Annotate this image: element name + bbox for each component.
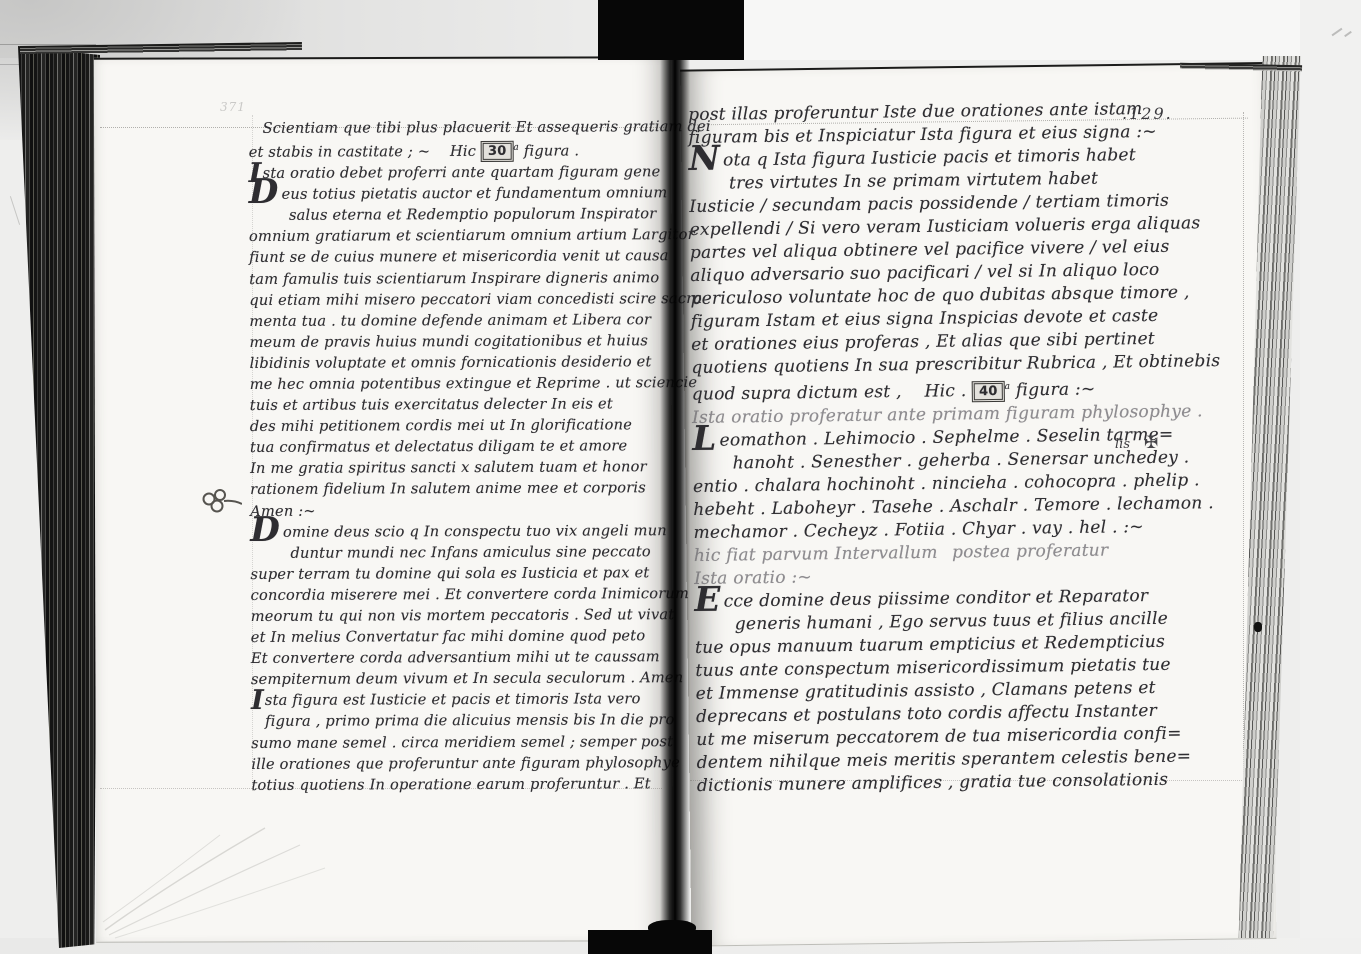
line-text: omnium gratiarum et scientiarum omnium a… xyxy=(249,226,695,245)
line-text: fiunt se de cuius munere et misericordia… xyxy=(249,248,669,267)
manuscript-line: Ista oratio debet proferri ante quartam … xyxy=(249,161,685,184)
manuscript-line: menta tua . tu domine defende animam et … xyxy=(249,309,685,332)
manuscript-line: rationem fidelium In salutem anime mee e… xyxy=(250,478,686,501)
line-text: et Immense gratitudinis assisto , Claman… xyxy=(696,678,1156,704)
line-text: quod supra dictum est , Hic . xyxy=(692,381,973,405)
manuscript-line: duntur mundi nec Infans amiculus sine pe… xyxy=(290,541,686,564)
line-text: meum de pravis huius mundi cogitationibu… xyxy=(249,332,648,351)
line-text: Ista oratio proferatur ante primam figur… xyxy=(692,401,1203,428)
left-page-text: Scientiam que tibi plus placuerit Et ass… xyxy=(249,116,688,796)
manuscript-line: concordia miserere mei . Et convertere c… xyxy=(251,583,687,606)
line-text: libidinis voluptate et omnis fornication… xyxy=(250,353,652,372)
manuscript-line: omnium gratiarum et scientiarum omnium a… xyxy=(249,224,685,247)
drop-cap: D xyxy=(250,524,280,534)
page-crease-lines xyxy=(95,790,355,940)
line-text: Ista oratio :~ xyxy=(694,567,812,589)
line-text: quotiens quotiens In sua prescribitur Ru… xyxy=(691,351,1220,378)
line-text: duntur mundi nec Infans amiculus sine pe… xyxy=(290,543,651,562)
trefoil-flourish-icon xyxy=(196,488,242,524)
line-text: et In melius Convertatur fac mihi domine… xyxy=(251,627,646,646)
manuscript-line: sumo mane semel . circa meridiem semel ;… xyxy=(251,731,687,754)
line-text: super terram tu domine qui sola es Iusti… xyxy=(250,564,649,583)
manuscript-line: tam famulis tuis scientiarum Inspirare d… xyxy=(249,267,685,290)
manuscript-line: et stabis in castitate ; ~ Hic 30a figur… xyxy=(249,137,685,163)
manuscript-line: super terram tu domine qui sola es Iusti… xyxy=(250,562,686,585)
line-text: deprecans et postulans toto cordis affec… xyxy=(696,701,1157,727)
drop-cap: L xyxy=(692,433,716,443)
drop-cap: E xyxy=(694,594,720,604)
figure-number-box: 40 xyxy=(972,381,1005,402)
line-text: concordia miserere mei . Et convertere c… xyxy=(251,585,690,604)
manuscript-line: fiunt se de cuius munere et misericordia… xyxy=(249,245,685,268)
line-text: meorum tu qui non vis mortem peccatoris … xyxy=(251,606,675,625)
right-page-text: post illas proferuntur Iste due oratione… xyxy=(688,97,1263,798)
manuscript-line: libidinis voluptate et omnis fornication… xyxy=(250,351,686,374)
pencil-foliation: 371 xyxy=(220,100,246,114)
manuscript-line: Amen :~ xyxy=(250,499,686,522)
line-text: tua confirmatus et delectatus diligam te… xyxy=(250,438,627,457)
line-text: sta figura est Iusticie et pacis et timo… xyxy=(265,691,641,710)
manuscript-line: figura , primo prima die alicuius mensis… xyxy=(265,710,687,733)
drop-cap: N xyxy=(689,154,720,164)
manuscript-photo: Scientiam que tibi plus placuerit Et ass… xyxy=(0,0,1361,954)
manuscript-line: me hec omnia potentibus extingue et Repr… xyxy=(250,372,686,395)
manuscript-line: totius quotiens In operatione earum prof… xyxy=(251,773,687,796)
margin-note: lis✠ xyxy=(1115,433,1158,453)
line-text: qui etiam mihi misero peccatori viam con… xyxy=(249,290,702,309)
line-text: me hec omnia potentibus extingue et Repr… xyxy=(250,374,698,393)
line-text: sempiternum deum vivum et In secula secu… xyxy=(251,669,683,688)
manuscript-line: In me gratia spiritus sancti x salutem t… xyxy=(250,456,686,479)
line-text: sta oratio debet proferri ante quartam f… xyxy=(263,163,661,182)
line-text: In me gratia spiritus sancti x salutem t… xyxy=(250,459,647,478)
line-text: figura , primo prima die alicuius mensis… xyxy=(265,712,674,731)
manuscript-line: Domine deus scio q In conspectu tuo vix … xyxy=(250,520,686,543)
line-text: tres virtutes In se primam virtutem habe… xyxy=(729,169,1098,194)
line-text: et stabis in castitate ; ~ Hic xyxy=(249,143,481,161)
line-text: tuis et artibus tuis exercitatus delecte… xyxy=(250,395,613,414)
cradle-edge-line xyxy=(10,196,20,225)
line-text: sumo mane semel . circa meridiem semel ;… xyxy=(251,733,673,752)
figure-number-box: 30 xyxy=(481,141,514,162)
background-right xyxy=(1300,0,1361,954)
line-text: ota q Ista figura Iusticie pacis et timo… xyxy=(723,145,1136,170)
margin-note-text: lis xyxy=(1115,437,1130,452)
restraint-strap-bottom xyxy=(588,930,712,954)
line-text: figura . xyxy=(519,142,579,159)
line-text: ille orationes que proferuntur ante figu… xyxy=(251,754,680,773)
manuscript-line: tuis et artibus tuis exercitatus delecte… xyxy=(250,393,686,416)
line-text: eus totius pietatis auctor et fundamentu… xyxy=(282,184,668,203)
line-text: tue opus manuum tuarum empticius et Rede… xyxy=(695,631,1165,657)
line-text: Et convertere corda adversantium mihi ut… xyxy=(251,648,660,667)
manuscript-line: et In melius Convertatur fac mihi domine… xyxy=(251,625,687,648)
maltese-cross-icon: ✠ xyxy=(1144,433,1158,453)
background-highlight-topright xyxy=(744,0,1361,60)
line-text: Scientiam que tibi plus placuerit Et ass… xyxy=(263,118,711,137)
line-text: hic fiat parvum Intervallum postea profe… xyxy=(694,540,1109,565)
manuscript-line: salus eterna et Redemptio populorum Insp… xyxy=(289,203,685,226)
manuscript-line: des mihi petitionem cordis mei ut In glo… xyxy=(250,414,686,437)
page-number: .129. xyxy=(1122,104,1173,123)
manuscript-line: Ista figura est Iusticie et pacis et tim… xyxy=(251,688,687,711)
line-text: menta tua . tu domine defende animam et … xyxy=(249,311,651,330)
line-text: salus eterna et Redemptio populorum Insp… xyxy=(289,205,657,224)
manuscript-line: tua confirmatus et delectatus diligam te… xyxy=(250,435,686,458)
fore-edge-mark xyxy=(1254,622,1262,632)
manuscript-line: sempiternum deum vivum et In secula secu… xyxy=(251,667,687,690)
line-text: dictionis munere amplifices , gratia tue… xyxy=(697,769,1169,795)
book-gutter xyxy=(660,55,690,939)
line-text: omine deus scio q In conspectu tuo vix a… xyxy=(283,522,667,541)
line-text: tam famulis tuis scientiarum Inspirare d… xyxy=(249,269,659,288)
line-text: totius quotiens In operatione earum prof… xyxy=(251,775,650,794)
line-text: figura :~ xyxy=(1010,379,1095,400)
manuscript-line: meum de pravis huius mundi cogitationibu… xyxy=(249,330,685,353)
manuscript-line: Deus totius pietatis auctor et fundament… xyxy=(249,182,685,205)
manuscript-line: meorum tu qui non vis mortem peccatoris … xyxy=(251,604,687,627)
line-text: cce domine deus piissime conditor et Rep… xyxy=(724,586,1149,612)
drop-cap: I xyxy=(251,696,264,706)
restraint-strap-top xyxy=(598,0,744,60)
line-text: rationem fidelium In salutem anime mee e… xyxy=(250,480,646,499)
line-text: des mihi petitionem cordis mei ut In glo… xyxy=(250,416,632,435)
line-text: generis humani , Ego servus tuus et fili… xyxy=(735,608,1168,634)
manuscript-line: ille orationes que proferuntur ante figu… xyxy=(251,752,687,775)
left-page-edges xyxy=(18,46,100,948)
manuscript-line: Scientiam que tibi plus placuerit Et ass… xyxy=(263,116,685,139)
manuscript-line: qui etiam mihi misero peccatori viam con… xyxy=(249,288,685,311)
manuscript-line: Et convertere corda adversantium mihi ut… xyxy=(251,646,687,669)
drop-cap: D xyxy=(249,187,279,197)
